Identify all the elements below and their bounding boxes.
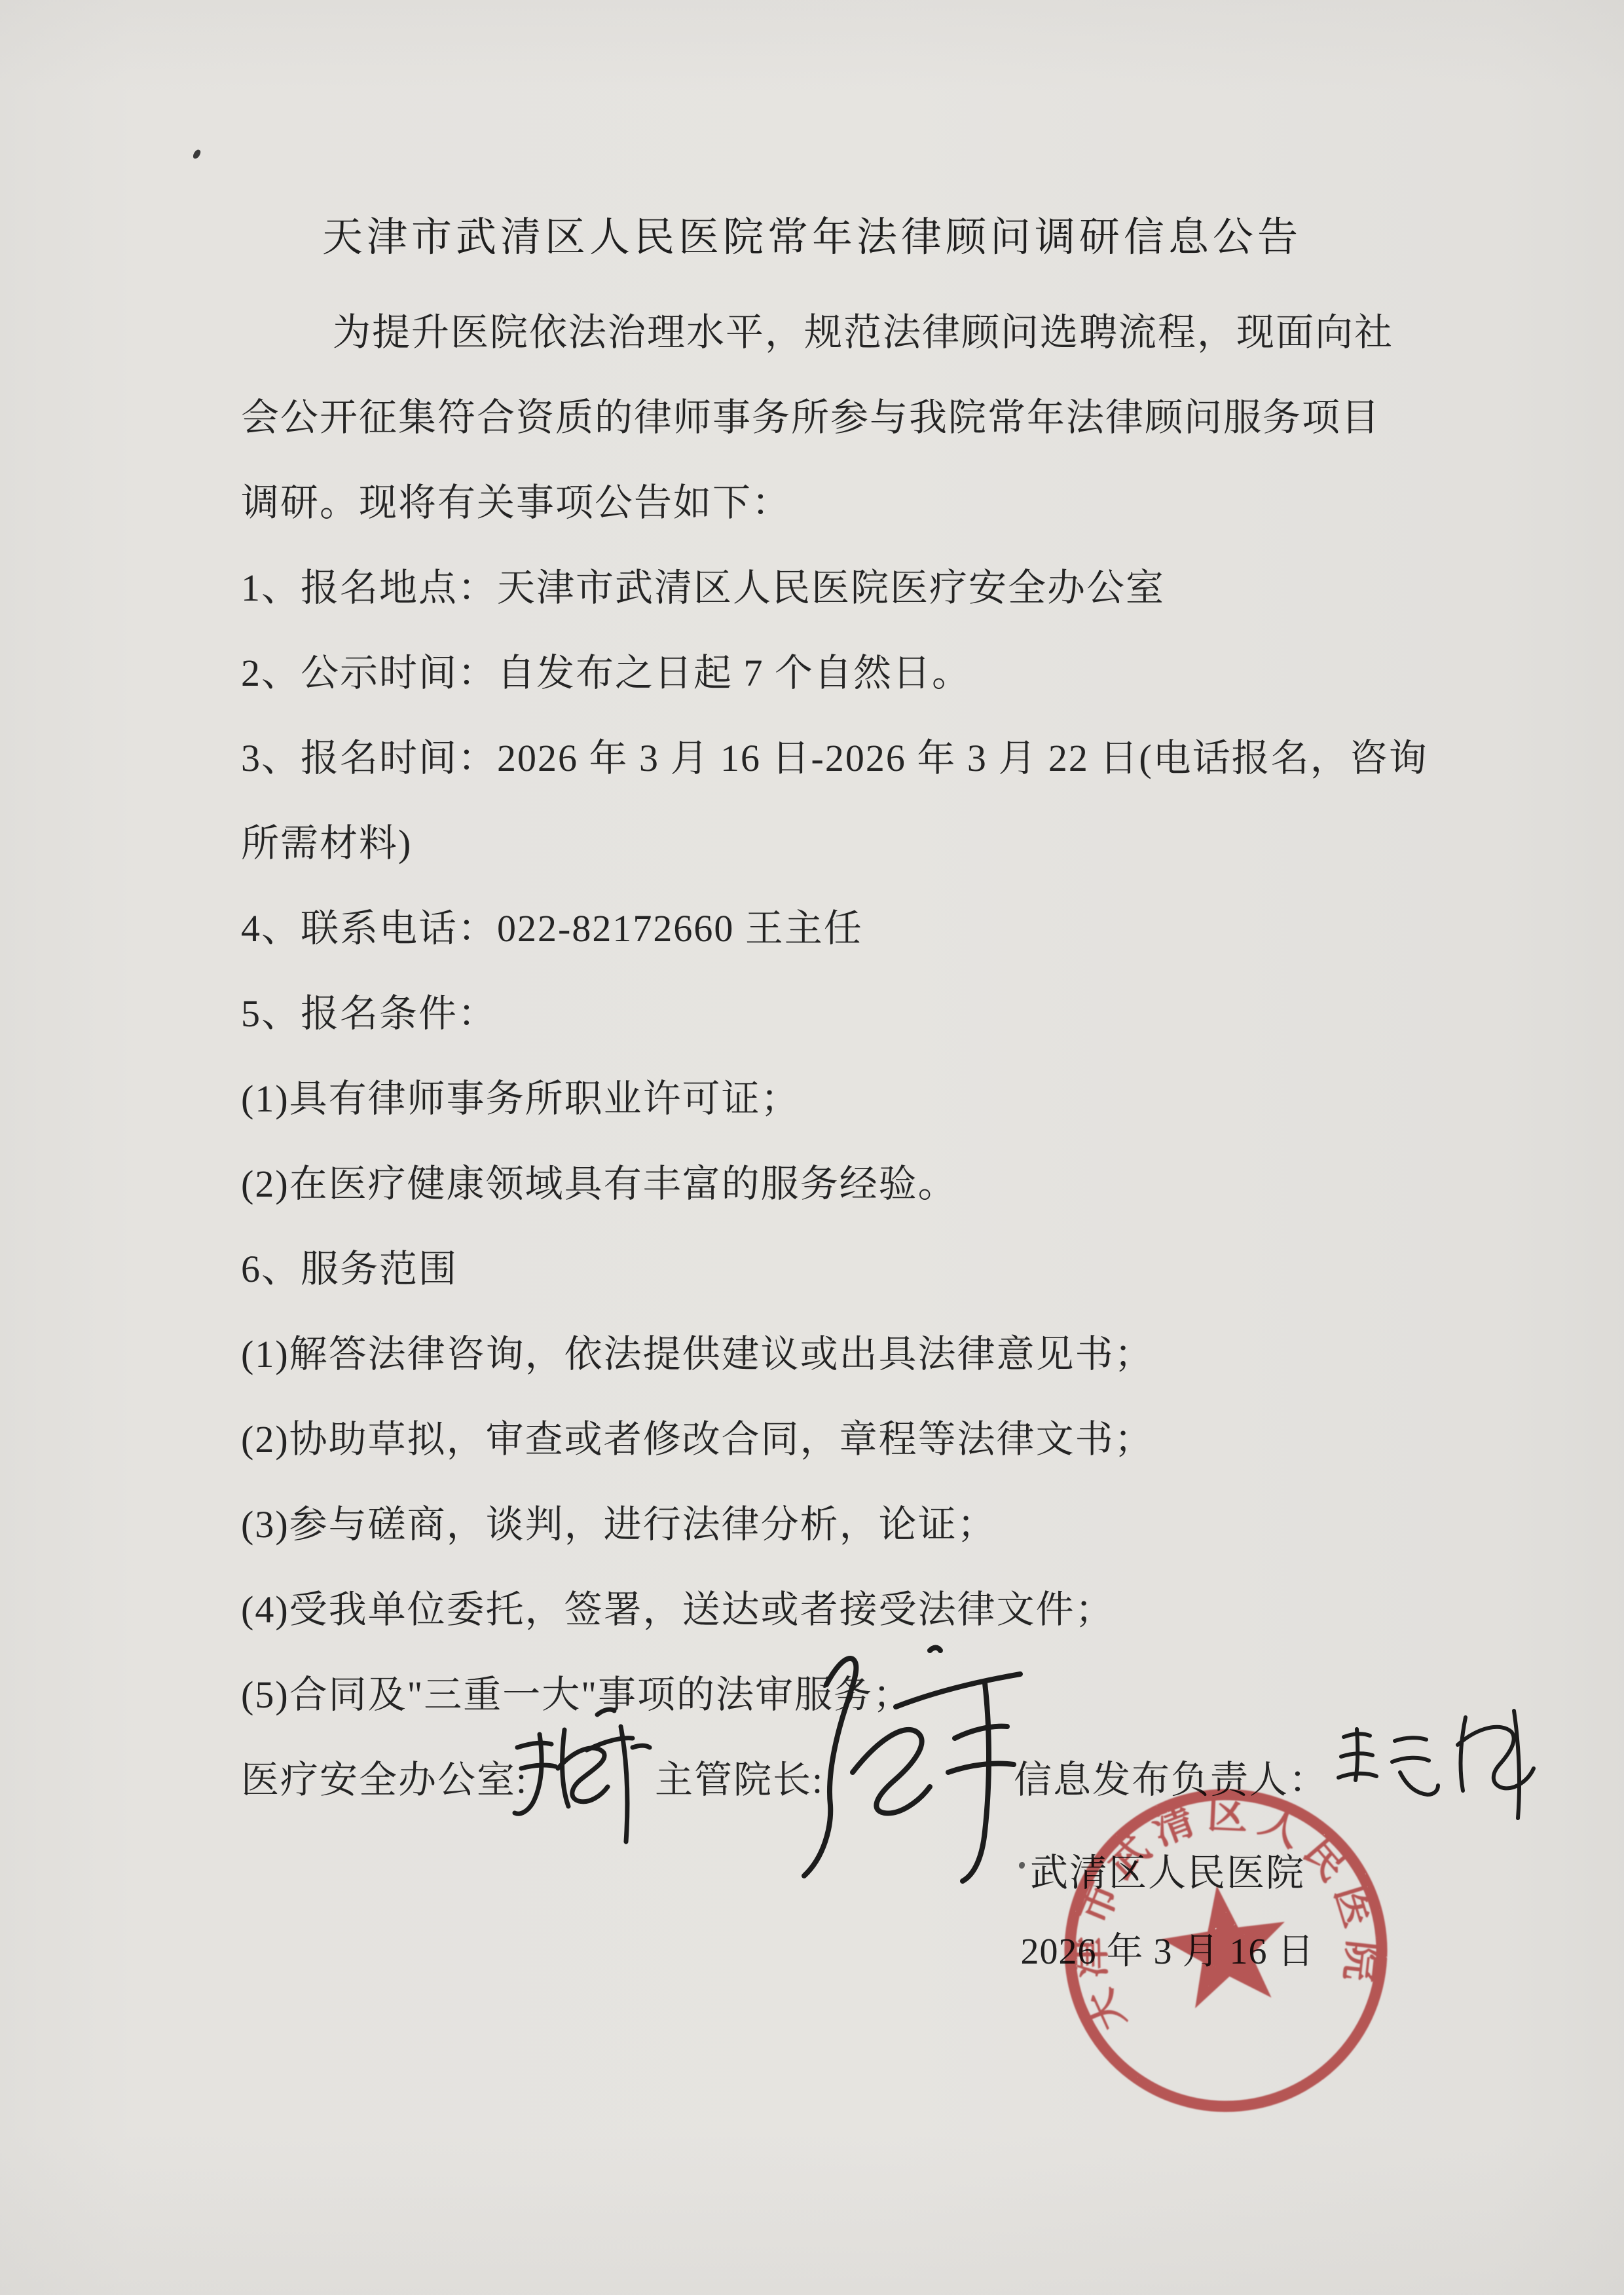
scanned-document-page: 天津市武清区人民医院常年法律顾问调研信息公告 为提升医院依法治理水平，规范法律顾…: [0, 0, 1624, 2295]
body-line: 为提升医院依法治理水平，规范法律顾问选聘流程，现面向社: [333, 301, 1505, 356]
office-label: 医疗安全办公室:: [241, 1749, 528, 1804]
body-line: 2、公示时间：自发布之日起 7 个自然日。: [241, 642, 1413, 697]
body-line: 所需材料): [241, 812, 1413, 867]
signature-publisher: [1338, 1711, 1534, 1818]
body-line: 调研。现将有关事项公告如下：: [241, 472, 1413, 527]
document-title: 天津市武清区人民医院常年法律顾问调研信息公告: [0, 204, 1624, 263]
director-label: 主管院长:: [655, 1749, 824, 1804]
body-line: 3、报名时间：2026 年 3 月 16 日-2026 年 3 月 22 日(电…: [241, 727, 1413, 782]
body-line: 1、报名地点：天津市武清区人民医院医疗安全办公室: [241, 557, 1413, 612]
body-line: (3)参与磋商，谈判，进行法律分析，论证；: [241, 1493, 1413, 1548]
body-line: (2)在医疗健康领域具有丰富的服务经验。: [241, 1153, 1413, 1208]
ink-speck: [192, 149, 202, 160]
signature-office: [515, 1709, 650, 1842]
issuer-name: 武清区人民医院: [997, 1842, 1338, 1897]
body-line: (4)受我单位委托，签署，送达或者接受法律文件；: [241, 1578, 1413, 1633]
body-line: 6、服务范围: [241, 1238, 1413, 1293]
issue-date: 2026 年 3 月 16 日: [997, 1922, 1338, 1975]
body-line: (2)协助草拟，审查或者修改合同，章程等法律文书；: [241, 1408, 1413, 1463]
publisher-label: 信息发布负责人：: [1014, 1749, 1328, 1804]
body-line: 4、联系电话：022-82172660 王主任: [241, 897, 1413, 952]
body-line: (1)解答法律咨询，依法提供建议或出具法律意见书；: [241, 1323, 1413, 1378]
body-line: 会公开征集符合资质的律师事务所参与我院常年法律顾问服务项目: [241, 386, 1413, 441]
body-line: (1)具有律师事务所职业许可证；: [241, 1068, 1413, 1123]
body-line: 5、报名条件：: [241, 982, 1413, 1037]
seal-rim-text: 天津市武清区人民医院: [1046, 1771, 1393, 2041]
seal-rim-text-container: 天津市武清区人民医院: [1046, 1771, 1393, 2041]
body-line: (5)合同及"三重一大"事项的法审服务；: [241, 1664, 1413, 1719]
